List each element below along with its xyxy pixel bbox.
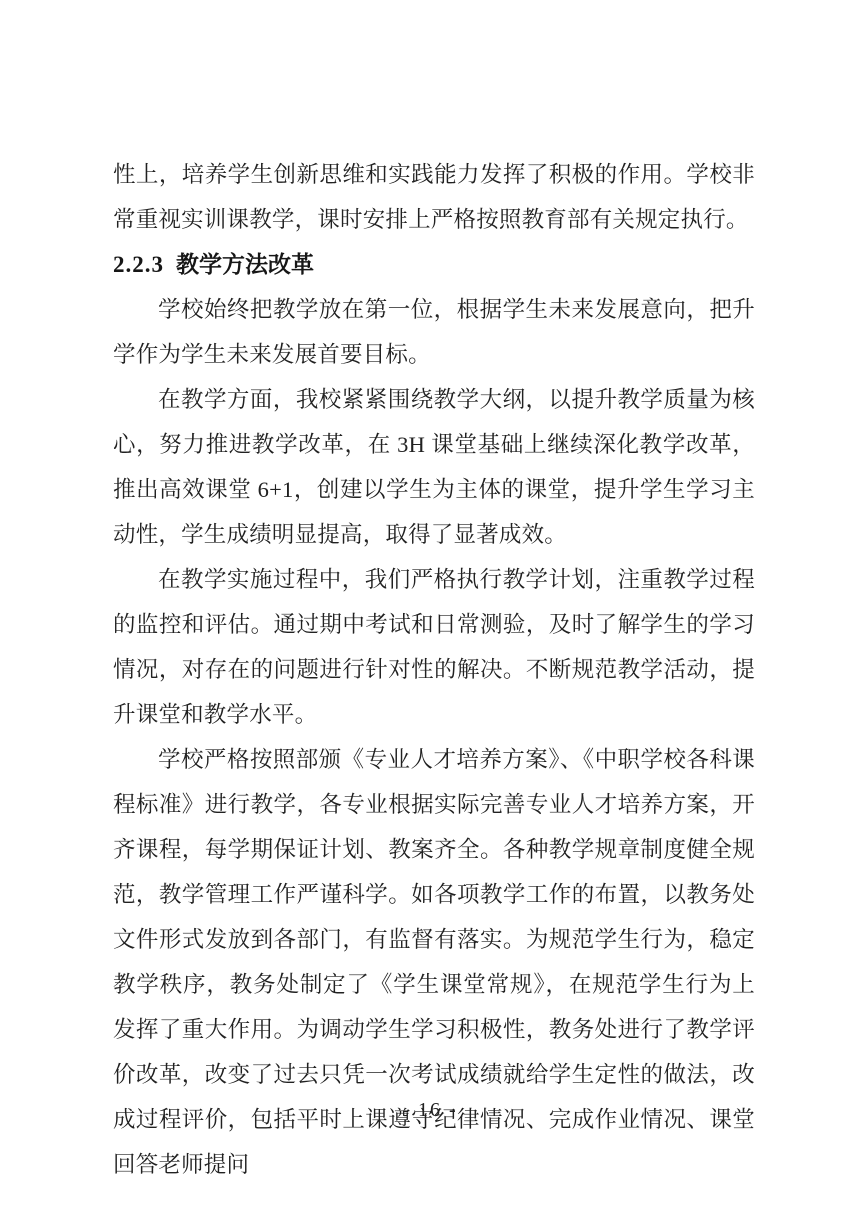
continuation-paragraph: 性上，培养学生创新思维和实践能力发挥了积极的作用。学校非常重视实训课教学，课时安…	[113, 152, 755, 242]
document-page: 性上，培养学生创新思维和实践能力发挥了积极的作用。学校非常重视实训课教学，课时安…	[0, 0, 860, 1216]
section-heading-title: 教学方法改革	[176, 252, 314, 277]
body-paragraph: 在教学方面，我校紧紧围绕教学大纲，以提升教学质量为核心，努力推进教学改革，在 3…	[113, 377, 755, 557]
section-heading-number: 2.2.3	[113, 252, 164, 277]
section-heading: 2.2.3教学方法改革	[113, 242, 755, 287]
page-number: - 16 -	[0, 1095, 860, 1125]
body-paragraph: 学校始终把教学放在第一位，根据学生未来发展意向，把升学作为学生未来发展首要目标。	[113, 287, 755, 377]
text-block: 性上，培养学生创新思维和实践能力发挥了积极的作用。学校非常重视实训课教学，课时安…	[113, 152, 755, 1187]
body-paragraph: 在教学实施过程中，我们严格执行教学计划，注重教学过程的监控和评估。通过期中考试和…	[113, 557, 755, 737]
